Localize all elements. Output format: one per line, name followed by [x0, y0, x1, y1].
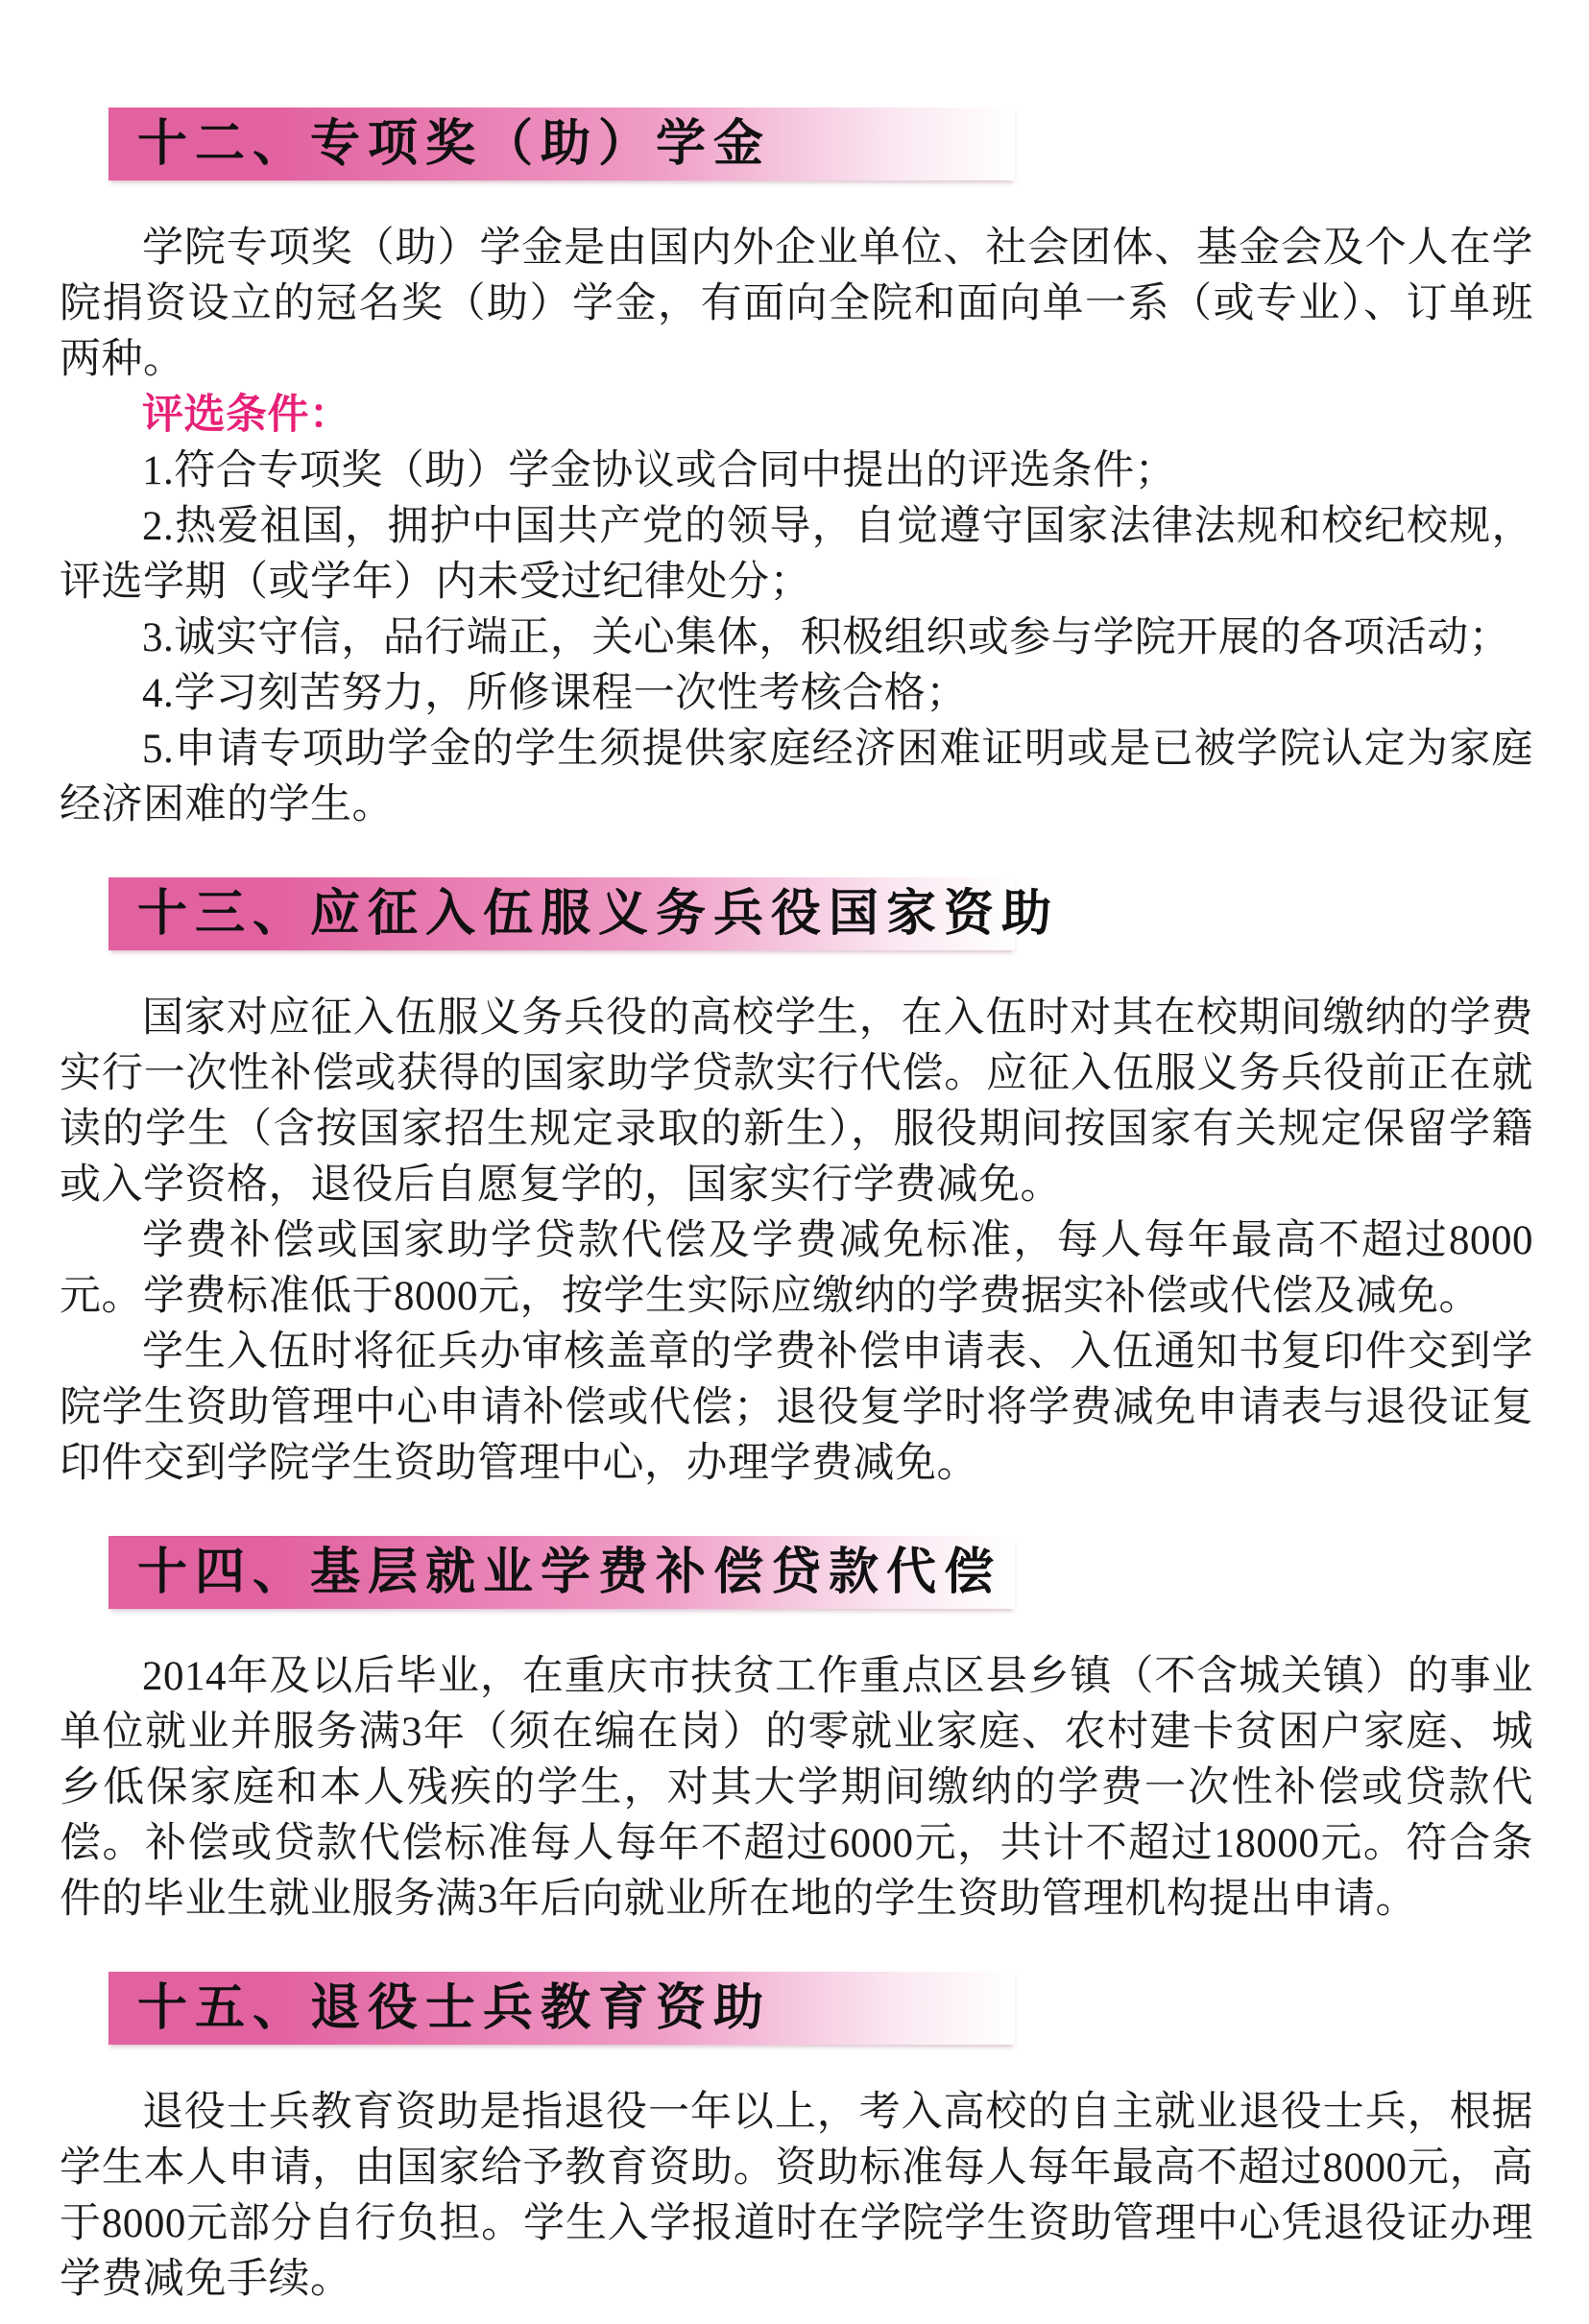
aid-section: 十四、基层就业学费补偿贷款代偿 2014年及以后毕业，在重庆市扶贫工作重点区县乡…: [60, 1536, 1533, 1928]
paragraph: 退役士兵教育资助是指退役一年以上，考入高校的自主就业退役士兵，根据学生本人申请，…: [60, 2085, 1533, 2308]
list-item: 1.符合专项奖（助）学金协议或合同中提出的评选条件；: [60, 443, 1533, 499]
paragraph: 2014年及以后毕业，在重庆市扶贫工作重点区县乡镇（不含城关镇）的事业单位就业并…: [60, 1649, 1533, 1928]
aid-section: 十五、退役士兵教育资助 退役士兵教育资助是指退役一年以上，考入高校的自主就业退役…: [60, 1972, 1533, 2308]
list-item: 3.诚实守信，品行端正，关心集体，积极组织或参与学院开展的各项活动；: [60, 611, 1533, 666]
paragraph: 学院专项奖（助）学金是由国内外企业单位、社会团体、基金会及个人在学院捐资设立的冠…: [60, 221, 1533, 388]
section-header-banner: 十四、基层就业学费补偿贷款代偿: [108, 1536, 1015, 1609]
section-header-banner: 十二、专项奖（助）学金: [108, 108, 1015, 180]
aid-section: 十三、应征入伍服义务兵役国家资助 国家对应征入伍服义务兵役的高校学生，在入伍时对…: [60, 877, 1533, 1492]
section-header-banner: 十五、退役士兵教育资助: [108, 1972, 1015, 2045]
section-body: 学院专项奖（助）学金是由国内外企业单位、社会团体、基金会及个人在学院捐资设立的冠…: [60, 221, 1533, 833]
section-title: 十二、专项奖（助）学金: [137, 108, 771, 180]
document-page: 十二、专项奖（助）学金 学院专项奖（助）学金是由国内外企业单位、社会团体、基金会…: [0, 0, 1589, 2324]
section-body: 退役士兵教育资助是指退役一年以上，考入高校的自主就业退役士兵，根据学生本人申请，…: [60, 2085, 1533, 2308]
paragraph: 学生入伍时将征兵办审核盖章的学费补偿申请表、入伍通知书复印件交到学院学生资助管理…: [60, 1325, 1533, 1492]
list-item: 5.申请专项助学金的学生须提供家庭经济困难证明或是已被学院认定为家庭经济困难的学…: [60, 722, 1533, 833]
section-title: 十五、退役士兵教育资助: [137, 1972, 771, 2045]
section-header-banner: 十三、应征入伍服义务兵役国家资助: [108, 877, 1015, 950]
criteria-label: 评选条件：: [60, 388, 1533, 443]
section-title: 十三、应征入伍服义务兵役国家资助: [137, 877, 1059, 950]
aid-section: 十二、专项奖（助）学金 学院专项奖（助）学金是由国内外企业单位、社会团体、基金会…: [60, 108, 1533, 833]
section-body: 国家对应征入伍服义务兵役的高校学生，在入伍时对其在校期间缴纳的学费实行一次性补偿…: [60, 991, 1533, 1492]
section-title: 十四、基层就业学费补偿贷款代偿: [137, 1536, 1001, 1609]
list-item: 4.学习刻苦努力，所修课程一次性考核合格；: [60, 666, 1533, 722]
section-body: 2014年及以后毕业，在重庆市扶贫工作重点区县乡镇（不含城关镇）的事业单位就业并…: [60, 1649, 1533, 1928]
list-item: 2.热爱祖国，拥护中国共产党的领导，自觉遵守国家法律法规和校纪校规，评选学期（或…: [60, 499, 1533, 611]
sections-container: 十二、专项奖（助）学金 学院专项奖（助）学金是由国内外企业单位、社会团体、基金会…: [60, 108, 1533, 2308]
paragraph: 学费补偿或国家助学贷款代偿及学费减免标准，每人每年最高不超过8000元。学费标准…: [60, 1213, 1533, 1325]
paragraph: 国家对应征入伍服义务兵役的高校学生，在入伍时对其在校期间缴纳的学费实行一次性补偿…: [60, 991, 1533, 1213]
